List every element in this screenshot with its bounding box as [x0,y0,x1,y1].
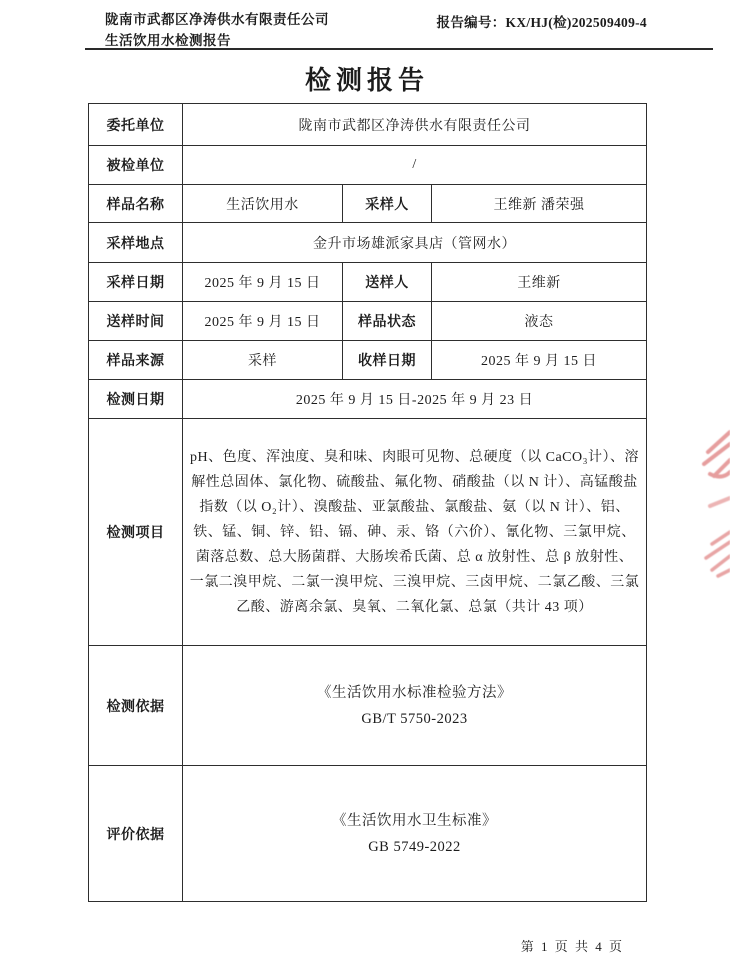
report-number-label: 报告编号： [437,15,506,30]
value-test-items: pH、色度、浑浊度、臭和味、肉眼可见物、总硬度（以 CaCO₃计）、溶解性总固体… [183,419,647,646]
value-sample-state: 液态 [432,302,647,341]
label-test-items: 检测项目 [89,419,183,646]
table-row-sampling-site: 采样地点 金升市场雄派家具店（管网水） [89,223,647,263]
table-row-test-basis: 检测依据 《生活饮用水标准检验方法》 GB/T 5750-2023 [89,646,647,766]
label-inspected-unit: 被检单位 [89,146,183,185]
evaluation-basis-standard-name: 《生活饮用水卫生标准》 [189,808,640,834]
value-test-date: 2025 年 9 月 15 日-2025 年 9 月 23 日 [183,380,647,419]
page-title: 检测报告 [88,60,646,97]
table-row-sample-name: 样品名称 生活饮用水 采样人 王维新 潘荣强 [89,185,647,223]
value-sampling-site: 金升市场雄派家具店（管网水） [183,223,647,263]
label-delivery-time: 送样时间 [89,302,183,341]
value-receipt-date: 2025 年 9 月 15 日 [432,341,647,380]
value-sampler: 王维新 潘荣强 [432,185,647,223]
label-sample-state: 样品状态 [343,302,432,341]
label-sampling-date: 采样日期 [89,263,183,302]
header-block: 陇南市武都区净涛供水有限责任公司 生活饮用水检测报告 [105,9,329,51]
test-basis-standard-code: GB/T 5750-2023 [189,706,640,732]
table-row-sample-source: 样品来源 采样 收样日期 2025 年 9 月 15 日 [89,341,647,380]
evaluation-basis-standard-code: GB 5749-2022 [189,834,640,860]
label-evaluation-basis: 评价依据 [89,766,183,902]
value-sample-name: 生活饮用水 [183,185,343,223]
value-sample-source: 采样 [183,341,343,380]
value-sample-sender: 王维新 [432,263,647,302]
label-test-date: 检测日期 [89,380,183,419]
report-info-table: 委托单位 陇南市武都区净涛供水有限责任公司 被检单位 / 样品名称 生活饮用水 … [88,103,647,902]
header-company-name: 陇南市武都区净涛供水有限责任公司 [105,9,329,30]
page-indicator: 第 1 页 共 4 页 [521,936,624,955]
table-row-inspected-unit: 被检单位 / [89,146,647,185]
label-sample-sender: 送样人 [343,263,432,302]
label-sampling-site: 采样地点 [89,223,183,263]
header-divider [85,48,713,50]
label-sampler: 采样人 [343,185,432,223]
table-row-test-items: 检测项目 pH、色度、浑浊度、臭和味、肉眼可见物、总硬度（以 CaCO₃计）、溶… [89,419,647,646]
table-row-sampling-date: 采样日期 2025 年 9 月 15 日 送样人 王维新 [89,263,647,302]
label-sample-name: 样品名称 [89,185,183,223]
report-number: 报告编号：KX/HJ(检)202509409-4 [437,11,647,31]
value-test-basis: 《生活饮用水标准检验方法》 GB/T 5750-2023 [183,646,647,766]
value-delivery-time: 2025 年 9 月 15 日 [183,302,343,341]
label-receipt-date: 收样日期 [343,341,432,380]
table-row-entrusting-unit: 委托单位 陇南市武都区净涛供水有限责任公司 [89,104,647,146]
label-entrusting-unit: 委托单位 [89,104,183,146]
value-entrusting-unit: 陇南市武都区净涛供水有限责任公司 [183,104,647,146]
table-row-evaluation-basis: 评价依据 《生活饮用水卫生标准》 GB 5749-2022 [89,766,647,902]
value-sampling-date: 2025 年 9 月 15 日 [183,263,343,302]
table-row-delivery-time: 送样时间 2025 年 9 月 15 日 样品状态 液态 [89,302,647,341]
value-inspected-unit: / [183,146,647,185]
label-test-basis: 检测依据 [89,646,183,766]
red-seal-fragment [688,424,730,589]
table-row-test-date: 检测日期 2025 年 9 月 15 日-2025 年 9 月 23 日 [89,380,647,419]
test-basis-standard-name: 《生活饮用水标准检验方法》 [189,680,640,706]
report-page: 陇南市武都区净涛供水有限责任公司 生活饮用水检测报告 报告编号：KX/HJ(检)… [0,0,730,965]
value-evaluation-basis: 《生活饮用水卫生标准》 GB 5749-2022 [183,766,647,902]
label-sample-source: 样品来源 [89,341,183,380]
report-number-value: KX/HJ(检)202509409-4 [506,15,647,30]
